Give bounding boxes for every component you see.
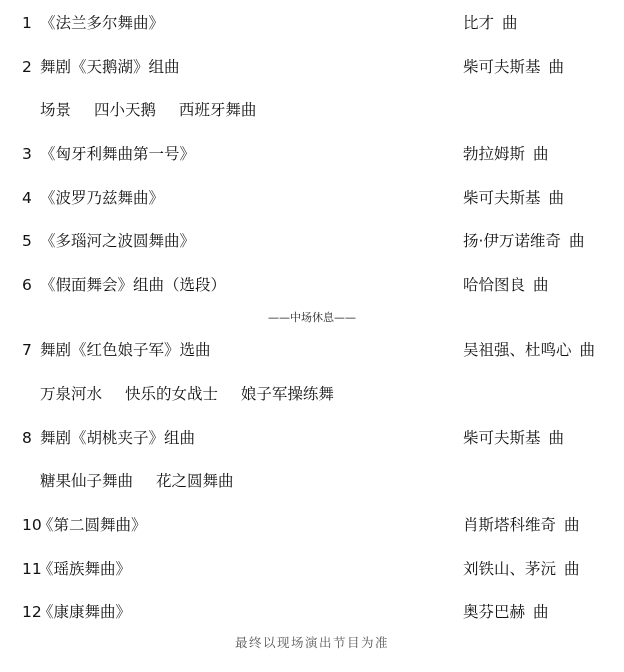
movement: 西班牙舞曲 [179, 101, 257, 119]
composer-suffix: 曲 [533, 276, 549, 294]
composer-name: 哈恰图良 [463, 276, 525, 294]
movement: 花之圆舞曲 [156, 472, 234, 490]
item-composer: 肖斯塔科维奇曲 [463, 513, 580, 537]
item-title: 舞剧《天鹅湖》组曲 [40, 55, 180, 79]
item-composer: 刘铁山、茅沅曲 [463, 557, 580, 581]
movement-list: 场景 四小天鹅 西班牙舞曲 [40, 98, 274, 122]
item-title: 《假面舞会》组曲（选段） [40, 273, 226, 297]
movement: 快乐的女战士 [125, 385, 218, 403]
item-number: 1 [22, 11, 32, 35]
item-title: 《法兰多尔舞曲》 [40, 11, 164, 35]
item-number: 7 [22, 338, 32, 362]
item-number: 5 [22, 229, 32, 253]
program-item-8-movements: 糖果仙子舞曲 花之圆舞曲 [0, 469, 624, 493]
composer-name: 柴可夫斯基 [463, 189, 541, 207]
item-composer: 柴可夫斯基曲 [463, 426, 564, 450]
composer-suffix: 曲 [533, 603, 549, 621]
composer-name: 吴祖强、杜鸣心 [463, 341, 572, 359]
item-number: 4 [22, 186, 32, 210]
program-item-1: 1 《法兰多尔舞曲》 比才曲 [0, 11, 624, 35]
program-item-8: 8 舞剧《胡桃夹子》组曲 柴可夫斯基曲 [0, 426, 624, 450]
item-title: 《多瑙河之波圆舞曲》 [40, 229, 195, 253]
composer-suffix: 曲 [549, 189, 565, 207]
composer-suffix: 曲 [569, 232, 585, 250]
program-item-10: 10 《第二圆舞曲》 肖斯塔科维奇曲 [0, 513, 624, 537]
program-item-2-movements: 场景 四小天鹅 西班牙舞曲 [0, 98, 624, 122]
program-item-4: 4 《波罗乃兹舞曲》 柴可夫斯基曲 [0, 186, 624, 210]
composer-name: 肖斯塔科维奇 [463, 516, 556, 534]
composer-name: 勃拉姆斯 [463, 145, 525, 163]
composer-name: 比才 [463, 14, 494, 32]
item-composer: 奥芬巴赫曲 [463, 600, 549, 624]
item-number: 2 [22, 55, 32, 79]
program-item-3: 3 《匈牙利舞曲第一号》 勃拉姆斯曲 [0, 142, 624, 166]
item-composer: 吴祖强、杜鸣心曲 [463, 338, 595, 362]
item-title: 《康康舞曲》 [38, 600, 131, 624]
item-composer: 扬·伊万诺维奇曲 [463, 229, 584, 253]
movement: 糖果仙子舞曲 [40, 472, 133, 490]
composer-suffix: 曲 [564, 516, 580, 534]
program-item-6: 6 《假面舞会》组曲（选段） 哈恰图良曲 [0, 273, 624, 297]
item-composer: 哈恰图良曲 [463, 273, 549, 297]
composer-name: 柴可夫斯基 [463, 429, 541, 447]
program-item-7-movements: 万泉河水 快乐的女战士 娘子军操练舞 [0, 382, 624, 406]
item-title: 《波罗乃兹舞曲》 [40, 186, 164, 210]
footer-note: 最终以现场演出节目为准 [0, 633, 624, 653]
movement: 四小天鹅 [94, 101, 156, 119]
movement: 娘子军操练舞 [241, 385, 334, 403]
item-composer: 柴可夫斯基曲 [463, 55, 564, 79]
composer-name: 奥芬巴赫 [463, 603, 525, 621]
item-composer: 柴可夫斯基曲 [463, 186, 564, 210]
item-title: 舞剧《胡桃夹子》组曲 [40, 426, 195, 450]
composer-suffix: 曲 [502, 14, 518, 32]
intermission-divider: ——中场休息—— [0, 309, 624, 327]
item-number: 8 [22, 426, 32, 450]
item-composer: 比才曲 [463, 11, 518, 35]
composer-suffix: 曲 [533, 145, 549, 163]
movement-list: 万泉河水 快乐的女战士 娘子军操练舞 [40, 382, 352, 406]
item-title: 舞剧《红色娘子军》选曲 [40, 338, 211, 362]
movement: 万泉河水 [40, 385, 102, 403]
program-item-7: 7 舞剧《红色娘子军》选曲 吴祖强、杜鸣心曲 [0, 338, 624, 362]
item-composer: 勃拉姆斯曲 [463, 142, 549, 166]
movement-list: 糖果仙子舞曲 花之圆舞曲 [40, 469, 251, 493]
item-number: 6 [22, 273, 32, 297]
composer-suffix: 曲 [549, 429, 565, 447]
item-number: 3 [22, 142, 32, 166]
composer-name: 扬·伊万诺维奇 [463, 232, 561, 250]
item-title: 《瑶族舞曲》 [38, 557, 131, 581]
composer-name: 刘铁山、茅沅 [463, 560, 556, 578]
program-item-2: 2 舞剧《天鹅湖》组曲 柴可夫斯基曲 [0, 55, 624, 79]
item-title: 《第二圆舞曲》 [38, 513, 147, 537]
composer-name: 柴可夫斯基 [463, 58, 541, 76]
composer-suffix: 曲 [564, 560, 580, 578]
composer-suffix: 曲 [549, 58, 565, 76]
composer-suffix: 曲 [580, 341, 596, 359]
program-item-5: 5 《多瑙河之波圆舞曲》 扬·伊万诺维奇曲 [0, 229, 624, 253]
program-item-12: 12 《康康舞曲》 奥芬巴赫曲 [0, 600, 624, 624]
program-item-11: 11 《瑶族舞曲》 刘铁山、茅沅曲 [0, 557, 624, 581]
item-title: 《匈牙利舞曲第一号》 [40, 142, 195, 166]
movement: 场景 [40, 101, 71, 119]
